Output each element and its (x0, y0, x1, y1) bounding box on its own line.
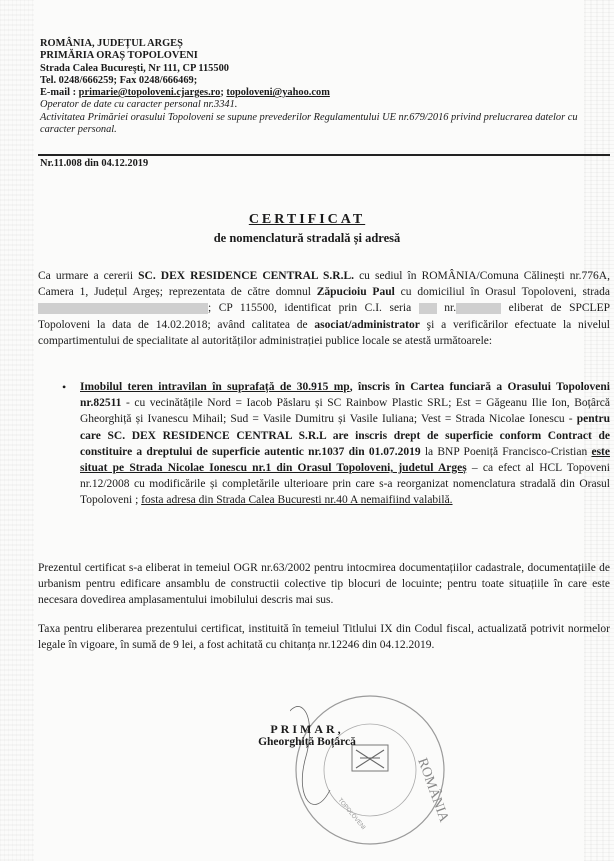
email-link-primarie[interactable]: primarie@topoloveni.cjarges.ro (79, 87, 221, 98)
redacted-id-series (419, 303, 437, 314)
registration-number: Nr.11.008 din 04.12.2019 (40, 158, 148, 169)
former-address-note: fosta adresa din Strada Calea Bucuresti … (141, 494, 452, 506)
letterhead-country: ROMÂNIA, JUDEȚUL ARGEȘ (40, 38, 600, 50)
paragraph-request: Ca urmare a cererii SC. DEX RESIDENCE CE… (38, 268, 610, 349)
representative-name: Zăpucioiu Paul (317, 286, 395, 298)
company-name: SC. DEX RESIDENCE CENTRAL S.R.L. (138, 270, 354, 282)
document-title: CERTIFICAT (0, 212, 614, 228)
property-description: Imobilul teren intravilan în suprafață d… (80, 381, 350, 393)
letterhead-institution: PRIMĂRIA ORAȘ TOPOLOVENI (40, 50, 600, 62)
paragraph-legal-basis: Prezentul certificat s-a eliberat in tem… (38, 560, 610, 609)
email-link-yahoo[interactable]: topoloveni@yahoo.com (226, 87, 329, 98)
svg-text:ROMÂNIA: ROMÂNIA (414, 756, 450, 826)
letterhead-email: E-mail : primarie@topoloveni.cjarges.ro;… (40, 87, 600, 99)
document-subtitle: de nomenclatură stradală și adresă (0, 231, 614, 246)
signatory-name: Gheorghiță Boțârcă (0, 736, 614, 749)
data-operator-note: Operator de date cu caracter personal nr… (40, 99, 600, 111)
bullet-marker: • (62, 380, 66, 395)
signature-block: PRIMAR, Gheorghiță Boțârcă (0, 723, 614, 749)
gdpr-note: Activitatea Primăriei orasului Topoloven… (40, 112, 600, 137)
redacted-id-number (456, 303, 501, 314)
paragraph-property: Imobilul teren intravilan în suprafață d… (80, 379, 610, 509)
email-label: E-mail : (40, 87, 79, 98)
letterhead: ROMÂNIA, JUDEȚUL ARGEȘ PRIMĂRIA ORAȘ TOP… (40, 38, 600, 136)
svg-text:TOPOLOVENI: TOPOLOVENI (336, 797, 366, 831)
official-stamp-icon: ROMÂNIA TOPOLOVENI (290, 690, 450, 850)
signature-title: PRIMAR, (0, 723, 614, 736)
header-divider (38, 154, 610, 156)
paragraph-fee: Taxa pentru eliberarea prezentului certi… (38, 621, 610, 653)
letterhead-phone: Tel. 0248/666259; Fax 0248/666469; (40, 75, 600, 87)
redacted-street (38, 303, 208, 314)
letterhead-address: Strada Calea Bucureşti, Nr 111, CP 11550… (40, 63, 600, 75)
representative-role: asociat/administrator (314, 319, 419, 331)
